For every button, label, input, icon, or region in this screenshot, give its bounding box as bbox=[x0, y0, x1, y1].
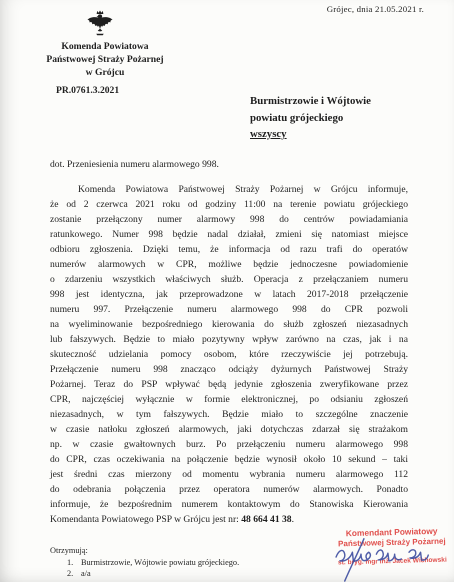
body-line: że od 2 czerwca 2021 roku od godziny 11:… bbox=[50, 197, 408, 212]
body-line: numerów alarmowych w CPR, możliwe będzie… bbox=[50, 257, 408, 272]
stamp-line-3: st. bryg. mgr inż. Jacek Wichowski bbox=[330, 556, 454, 567]
body-line: Komenda Powiatowa Państwowej Straży Poża… bbox=[50, 182, 408, 197]
body-last-line-suffix: . bbox=[292, 514, 294, 525]
org-line-2: Państwowej Straży Pożarnej bbox=[15, 53, 195, 66]
distribution-heading: Otrzymują: bbox=[50, 546, 239, 556]
body-line: jest średni czas mierzony od momentu wyb… bbox=[50, 467, 408, 482]
body-line: odbioru zgłoszenia. Dzięki temu, że info… bbox=[50, 242, 408, 257]
body-line: do CPR, czas oczekiwania na połączenie b… bbox=[50, 452, 408, 467]
body-line: 998 jest identyczna, jak przeprowadzone … bbox=[50, 287, 408, 302]
contact-phone-number: 48 664 41 38 bbox=[241, 514, 291, 525]
body-line: w czasie natłoku zgłoszeń alarmowych, ja… bbox=[50, 422, 408, 437]
body-line: lub fałszywych. Będzie to miało pozytywn… bbox=[50, 332, 408, 347]
polish-eagle-emblem bbox=[86, 9, 114, 39]
distribution-item-text: a/a bbox=[81, 569, 91, 579]
body-line: na wyeliminowanie bezpośredniego kierowa… bbox=[50, 317, 408, 332]
distribution-item-number: 1. bbox=[67, 558, 81, 568]
distribution-item-number: 2. bbox=[67, 569, 81, 579]
body-line: Przełączenie numeru 998 znacząco odciąży… bbox=[50, 362, 408, 377]
body-line: ratunkowego. Numer 998 będzie nadal dzia… bbox=[50, 227, 408, 242]
body-line-with-phone: Komendanta Powiatowego PSP w Grójcu jest… bbox=[50, 512, 408, 527]
body-line: o zdarzeniu wszystkich właściwych służb.… bbox=[50, 272, 408, 287]
body-line: np. w czasie gwałtownych burz. Po przełą… bbox=[50, 437, 408, 452]
addressee-line-2: powiatu grójeckiego bbox=[250, 110, 371, 127]
scanned-letter-page: Grójec, dnia 21.05.2021 r. Komenda Powia… bbox=[0, 0, 454, 582]
addressee-block: Burmistrzowie i Wójtowie powiatu grójeck… bbox=[250, 93, 371, 143]
addressee-line-1: Burmistrzowie i Wójtowie bbox=[250, 93, 371, 110]
distribution-item: 2. a/a bbox=[67, 569, 239, 579]
sender-org-block: Komenda Powiatowa Państwowej Straży Poża… bbox=[15, 40, 195, 79]
distribution-list: Otrzymują: 1. Burmistrzowie, Wójtowie po… bbox=[50, 546, 239, 579]
body-line: Pożarnej. Teraz do PSP wpływać będą jedy… bbox=[50, 377, 408, 392]
distribution-item: 1. Burmistrzowie, Wójtowie powiatu gróje… bbox=[67, 558, 239, 568]
official-stamp: Komendant Powiatowy Państwowej Straży Po… bbox=[330, 526, 454, 567]
org-line-1: Komenda Powiatowa bbox=[15, 40, 195, 53]
body-line: informuje, że bezpośrednim numerem konta… bbox=[50, 497, 408, 512]
reference-number: PR.0761.3.2021 bbox=[56, 85, 119, 96]
body-line: numeru 997. Przełączenie numeru alarmowe… bbox=[50, 302, 408, 317]
body-line: CPR, najczęściej wyłącznie w formie elek… bbox=[50, 392, 408, 407]
body-line: niezasadnych, w tym fałszywych. Będzie m… bbox=[50, 407, 408, 422]
body-line: skuteczność udzielania pomocy osobom, kt… bbox=[50, 347, 408, 362]
distribution-item-text: Burmistrzowie, Wójtowie powiatu grójecki… bbox=[81, 558, 239, 568]
body-line: zostanie przełączony numer alarmowy 998 … bbox=[50, 212, 408, 227]
letter-body: Komenda Powiatowa Państwowej Straży Poża… bbox=[50, 182, 408, 527]
date-line: Grójec, dnia 21.05.2021 r. bbox=[327, 4, 424, 14]
body-last-line-prefix: Komendanta Powiatowego PSP w Grójcu jest… bbox=[50, 514, 241, 525]
body-line: do odebrania połączenia przez operatora … bbox=[50, 482, 408, 497]
subject-line: dot. Przeniesienia numeru alarmowego 998… bbox=[50, 159, 219, 170]
addressee-line-3: wszyscy bbox=[250, 126, 371, 143]
org-line-3: w Grójcu bbox=[15, 66, 195, 79]
